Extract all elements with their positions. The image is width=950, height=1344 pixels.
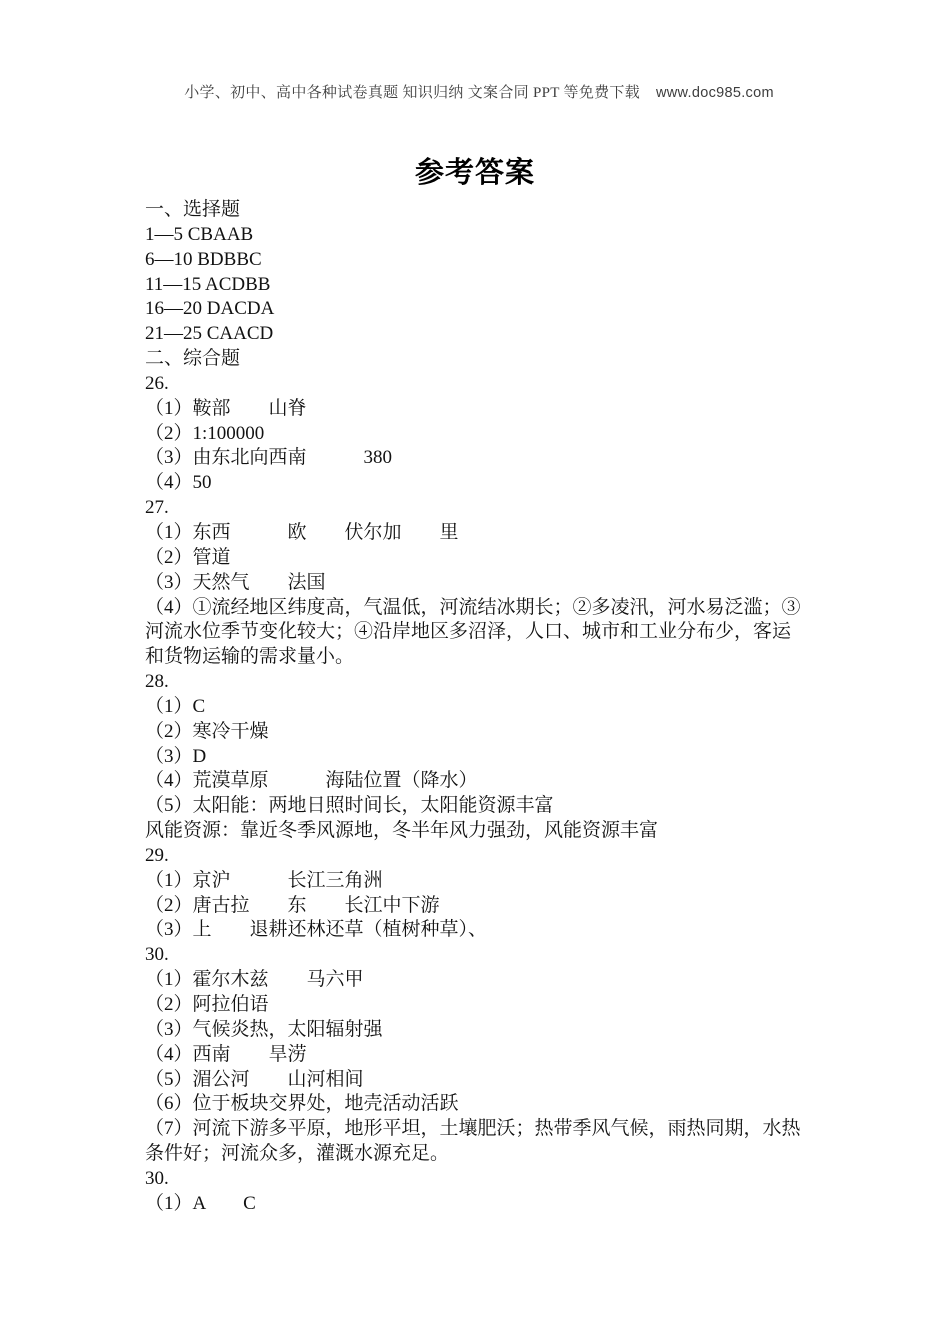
choice-answer-line: 11—15 ACDBB: [145, 273, 815, 298]
answer-line: （3）气候炎热，太阳辐射强: [145, 1018, 815, 1043]
answers-body: 一、选择题1—5 CBAAB6—10 BDBBC11—15 ACDBB16—20…: [145, 198, 815, 1217]
answer-line: （4）①流经地区纬度高，气温低，河流结冰期长；②多凌汛，河水易泛滥；③: [145, 596, 815, 621]
choice-answer-line: 21—25 CAACD: [145, 322, 815, 347]
answer-line: 河流水位季节变化较大；④沿岸地区多沼泽，人口、城市和工业分布少，客运: [145, 620, 815, 645]
answer-line: （5）太阳能：两地日照时间长，太阳能资源丰富: [145, 794, 815, 819]
answer-line: （3）上 退耕还林还草（植树种草）、: [145, 918, 815, 943]
answer-line: （1）A C: [145, 1192, 815, 1217]
answer-line: （2）阿拉伯语: [145, 993, 815, 1018]
answer-line: （3）由东北向西南 380: [145, 446, 815, 471]
answer-line: 条件好；河流众多，灌溉水源充足。: [145, 1142, 815, 1167]
answer-line: （3）D: [145, 745, 815, 770]
header-promo-text: 小学、初中、高中各种试卷真题 知识归纳 文案合同 PPT 等免费下载: [184, 85, 640, 101]
answer-line: （2）寒冷干燥: [145, 720, 815, 745]
answer-line: （2）唐古拉 东 长江中下游: [145, 894, 815, 919]
answer-line: （1）东西 欧 伏尔加 里: [145, 521, 815, 546]
choice-answer-line: 6—10 BDBBC: [145, 248, 815, 273]
answer-line: 和货物运输的需求量小。: [145, 645, 815, 670]
answer-line: （1）C: [145, 695, 815, 720]
answer-line: （2）管道: [145, 546, 815, 571]
answer-line: （1）鞍部 山脊: [145, 397, 815, 422]
answer-line: （5）湄公河 山河相间: [145, 1068, 815, 1093]
section-heading-choice: 一、选择题: [145, 198, 815, 223]
question-number: 26.: [145, 372, 815, 397]
answer-line: （1）霍尔木兹 马六甲: [145, 968, 815, 993]
question-number: 28.: [145, 670, 815, 695]
answer-line: （1）京沪 长江三角洲: [145, 869, 815, 894]
choice-answer-line: 1—5 CBAAB: [145, 223, 815, 248]
answer-line: （4）荒漠草原 海陆位置（降水）: [145, 769, 815, 794]
header-site-url: www.doc985.com: [656, 85, 774, 101]
page-header: 小学、初中、高中各种试卷真题 知识归纳 文案合同 PPT 等免费下载www.do…: [0, 64, 950, 102]
question-number: 27.: [145, 496, 815, 521]
answer-line: （7）河流下游多平原，地形平坦，土壤肥沃；热带季风气候，雨热同期，水热: [145, 1117, 815, 1142]
answer-line: （2）1:100000: [145, 422, 815, 447]
question-number: 29.: [145, 844, 815, 869]
choice-answer-line: 16—20 DACDA: [145, 297, 815, 322]
answer-line: （4）50: [145, 471, 815, 496]
section-heading-comprehensive: 二、综合题: [145, 347, 815, 372]
answer-line: （6）位于板块交界处，地壳活动活跃: [145, 1092, 815, 1117]
question-number: 30.: [145, 1167, 815, 1192]
answer-line: （3）天然气 法国: [145, 571, 815, 596]
page-title: 参考答案: [0, 150, 950, 191]
answer-line: 风能资源：靠近冬季风源地，冬半年风力强劲，风能资源丰富: [145, 819, 815, 844]
answer-line: （4）西南 旱涝: [145, 1043, 815, 1068]
question-number: 30.: [145, 943, 815, 968]
